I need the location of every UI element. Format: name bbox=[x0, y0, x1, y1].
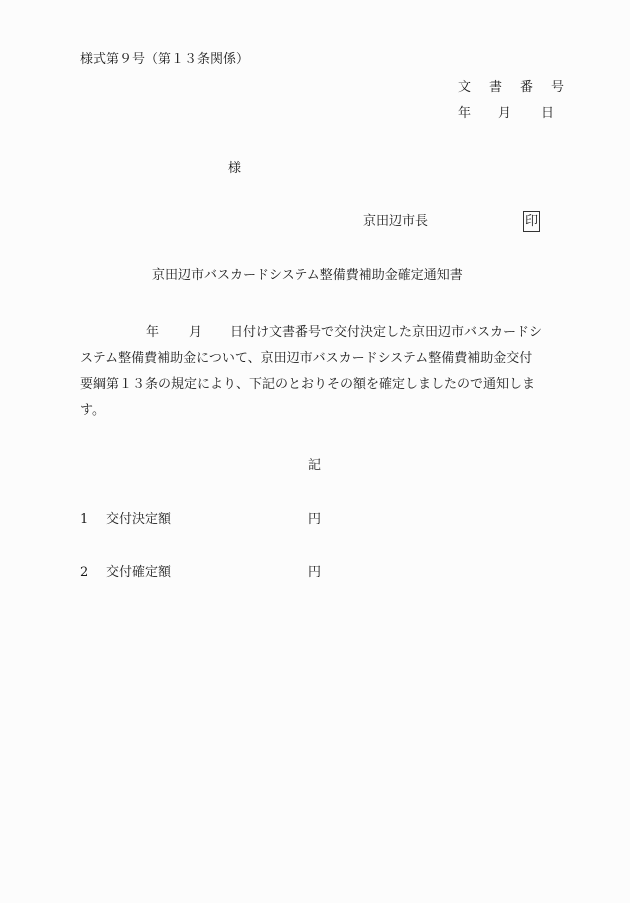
body-line-3: 要綱第１３条の規定により、下記のとおりその額を確定しましたので通知しま bbox=[80, 372, 552, 398]
doc-number-char: 番 bbox=[520, 80, 551, 96]
date-month-label: 月 bbox=[498, 106, 541, 122]
form-label: 様式第９号（第１３条関係） bbox=[80, 52, 249, 68]
addressee-suffix: 様 bbox=[228, 161, 241, 177]
list-item: 2交付確定額 bbox=[80, 565, 171, 581]
seal-mark: 印 bbox=[523, 211, 540, 232]
item-unit: 円 bbox=[308, 565, 321, 581]
sender-name: 京田辺市長 bbox=[363, 214, 428, 230]
date-day-label: 日 bbox=[541, 106, 554, 122]
doc-number-char: 号 bbox=[551, 80, 564, 96]
item-number: 1 bbox=[80, 512, 106, 528]
doc-number-char: 書 bbox=[489, 80, 520, 96]
item-label: 交付決定額 bbox=[106, 512, 171, 527]
body-line-1: 年月日付け文書番号で交付決定した京田辺市バスカードシ bbox=[80, 320, 552, 346]
ki-heading: 記 bbox=[308, 458, 321, 474]
body-line-2: ステム整備費補助金について、京田辺市バスカードシステム整備費補助金交付 bbox=[80, 346, 552, 372]
item-unit: 円 bbox=[308, 512, 321, 528]
doc-number-char: 文 bbox=[458, 80, 489, 96]
body-line-1-text: 日付け文書番号で交付決定した京田辺市バスカードシ bbox=[230, 325, 542, 340]
item-number: 2 bbox=[80, 565, 106, 581]
list-item: 1交付決定額 bbox=[80, 512, 171, 528]
item-label: 交付確定額 bbox=[106, 565, 171, 580]
date-year-label: 年 bbox=[458, 106, 498, 122]
document-date: 年月日 bbox=[458, 106, 554, 122]
document-title: 京田辺市バスカードシステム整備費補助金確定通知書 bbox=[152, 268, 463, 284]
document-number-label: 文書番号 bbox=[458, 80, 564, 96]
body-paragraph: 年月日付け文書番号で交付決定した京田辺市バスカードシ ステム整備費補助金について… bbox=[80, 320, 552, 424]
body-month-label: 月 bbox=[189, 325, 202, 340]
body-year-label: 年 bbox=[146, 325, 159, 340]
body-line-4: す。 bbox=[80, 398, 552, 424]
